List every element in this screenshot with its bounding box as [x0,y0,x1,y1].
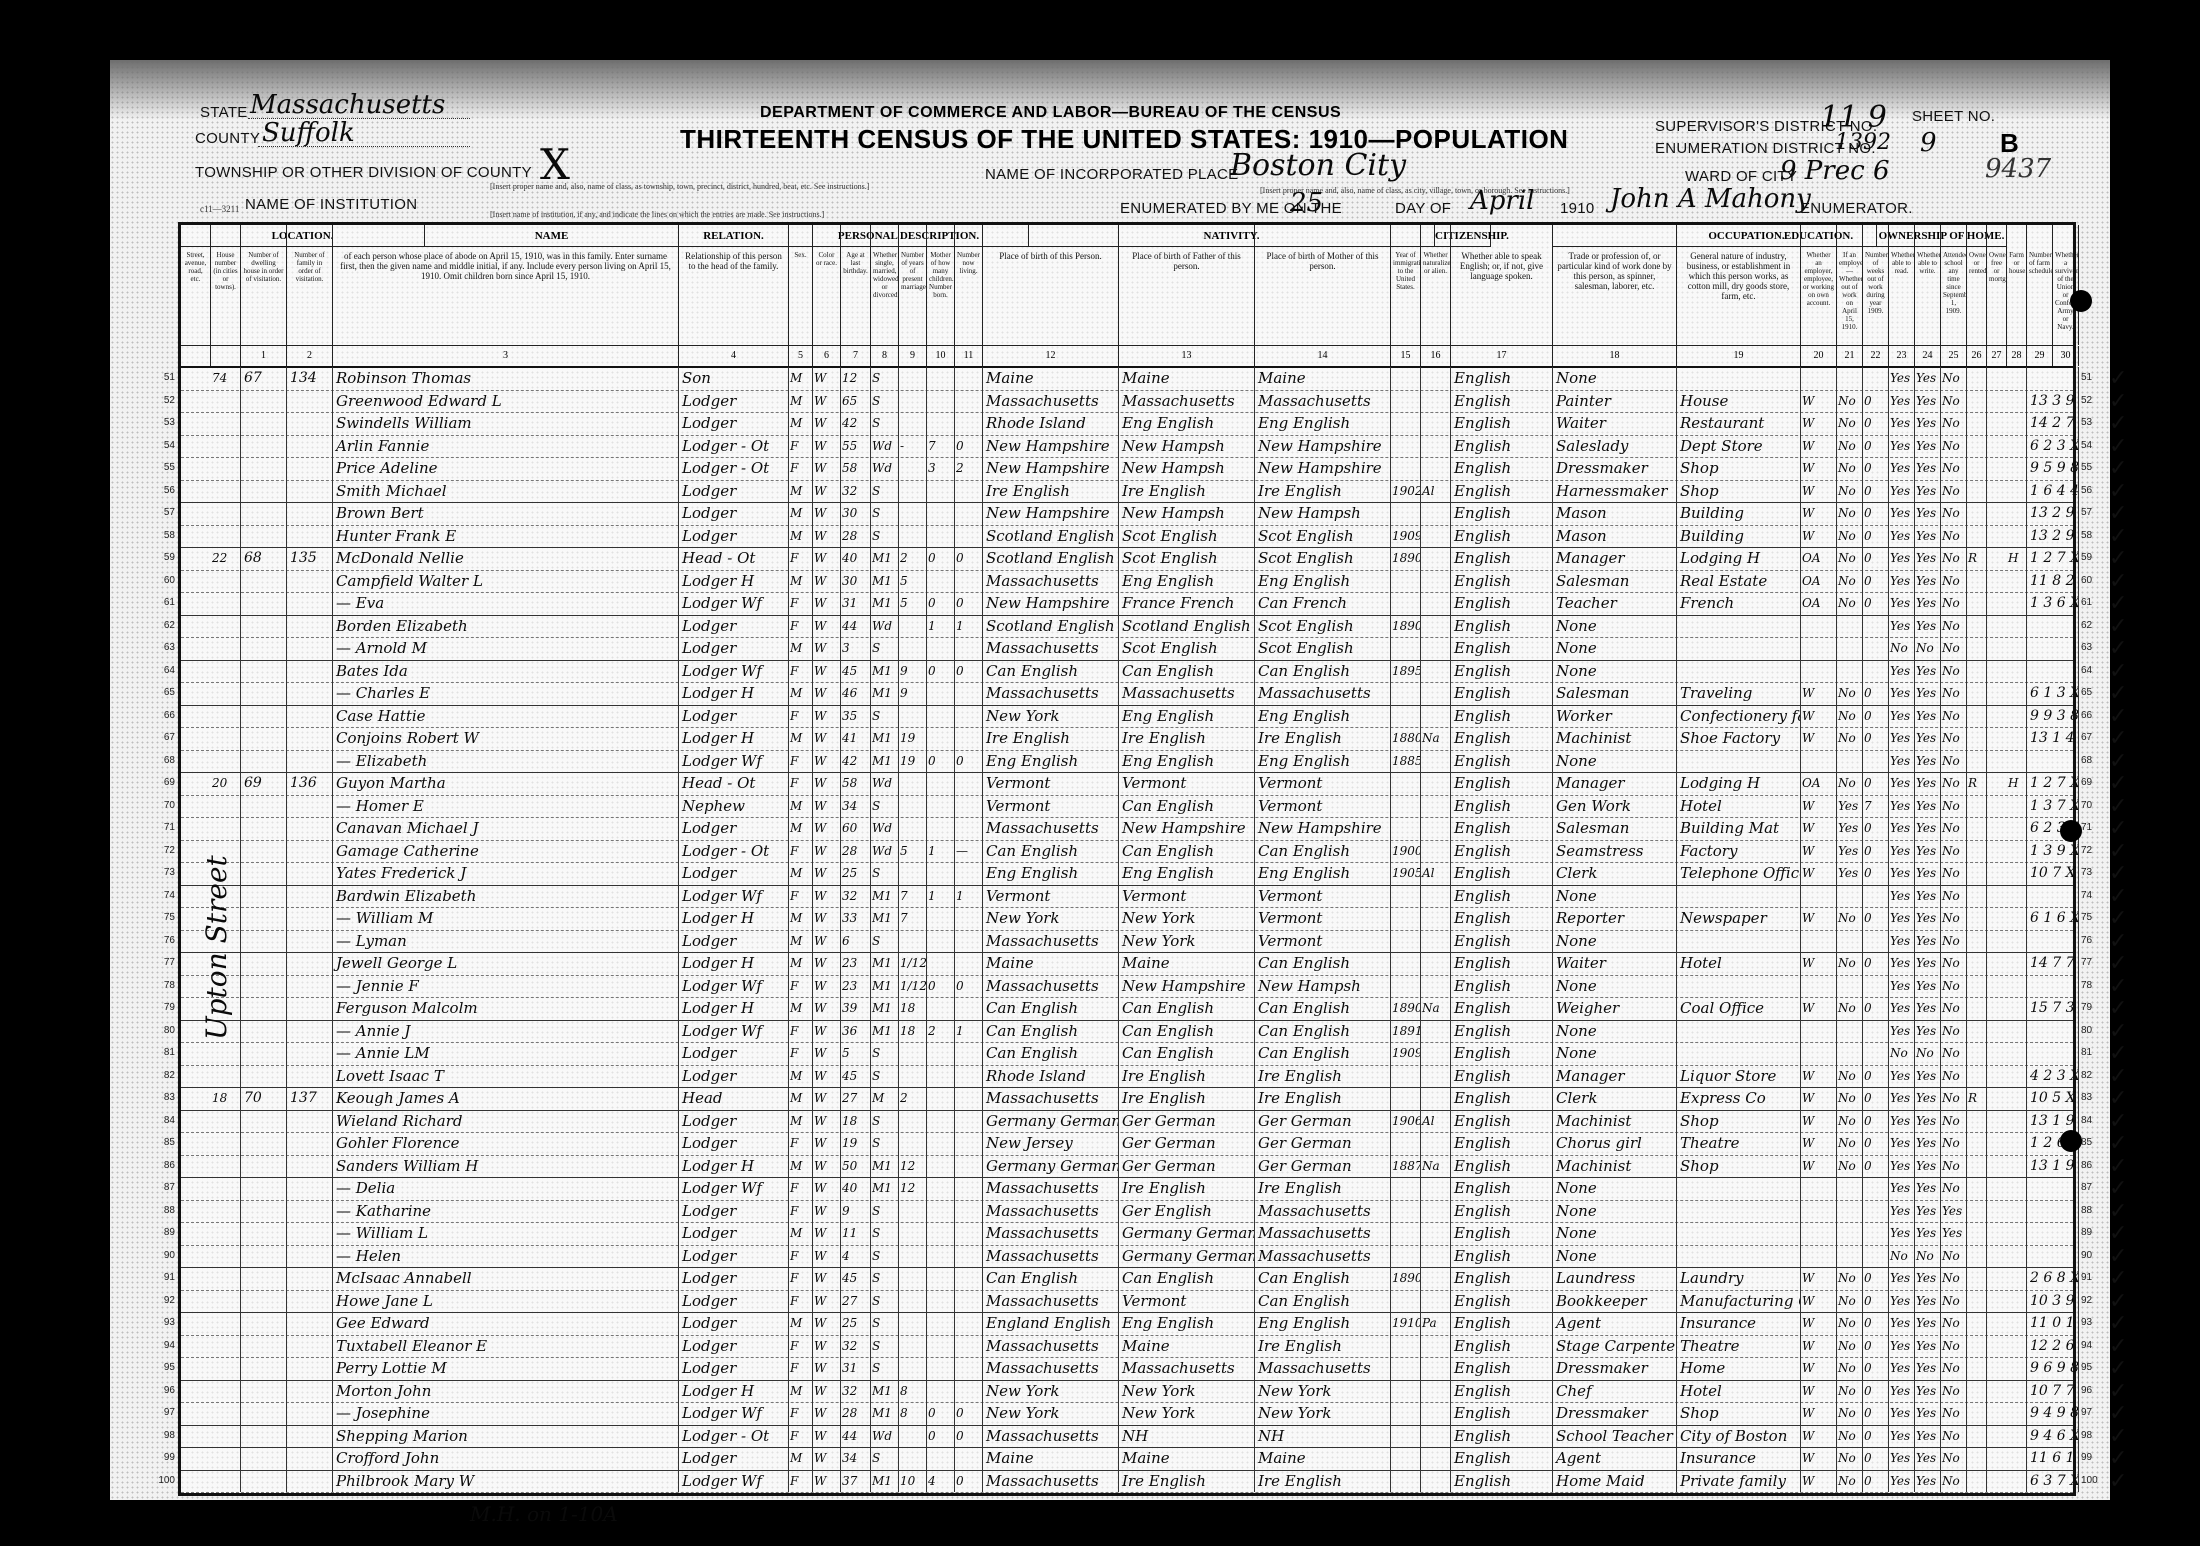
cell-mother-birth: Massachusetts [1255,1357,1391,1380]
cell-house [211,1155,241,1178]
cell-codes: 6 3 7 X [2027,1470,2079,1493]
cell-out-work [1837,1200,1863,1223]
cell-school: No [1941,1470,1967,1493]
right-line-number: 79 [2081,997,2111,1019]
cell-natz [1421,525,1451,548]
cell-occupation: Agent [1553,1447,1677,1470]
cell-race: W [813,1042,841,1065]
cell-name: Swindells William [333,412,679,435]
cell-relation: Head - Ot [679,547,789,570]
cell-read: Yes [1889,772,1915,795]
enumerated-month: April [1470,186,1534,216]
cell-immig [1391,682,1421,705]
column-header: If an employee— Whether out of work on A… [1837,225,1863,345]
cell-farm [2007,1245,2027,1268]
cell-weeks: 0 [1863,727,1889,750]
cell-farm [2007,952,2027,975]
cell-age: 5 [841,1042,871,1065]
line-number: 77 [147,952,175,974]
cell-birth: New Hampshire [983,457,1119,480]
cell-children-born [927,412,955,435]
cell-write: Yes [1915,1312,1941,1335]
cell-name: McDonald Nellie [333,547,679,570]
cell-weeks [1863,367,1889,390]
cell-yrs-married [899,412,927,435]
cell-occupation: School Teacher [1553,1425,1677,1448]
cell-father-birth: Ire English [1119,727,1255,750]
cell-family [287,390,333,413]
cell-employer: OA [1801,772,1837,795]
cell-read: Yes [1889,435,1915,458]
checkmark-icon: ✓ [2109,435,2127,457]
cell-own: R [1967,547,1987,570]
cell-language: English [1451,1290,1553,1313]
cell-occupation: Machinist [1553,1110,1677,1133]
cell-industry: Lodging H [1677,772,1801,795]
cell-farm [2007,1312,2027,1335]
cell-read: Yes [1889,1065,1915,1088]
cell-weeks: 0 [1863,705,1889,728]
right-line-number: 83 [2081,1087,2111,1109]
cell-house [211,682,241,705]
cell-industry: French [1677,592,1801,615]
census-row: 65— Charles ELodger HMW46M19Massachusett… [181,682,2073,706]
cell-employer: W [1801,952,1837,975]
cell-house: 20 [211,772,241,795]
cell-dwelling [241,1402,287,1425]
cell-language: English [1451,1380,1553,1403]
cell-farm [2007,795,2027,818]
cell-read: Yes [1889,1132,1915,1155]
cell-mother-birth: New Hampshire [1255,457,1391,480]
cell-occupation: None [1553,615,1677,638]
checkmark-icon: ✓ [2109,885,2127,907]
cell-read: Yes [1889,1312,1915,1335]
cell-father-birth: Massachusetts [1119,682,1255,705]
cell-occupation: Gen Work [1553,795,1677,818]
cell-children-born [927,1312,955,1335]
cell-weeks: 0 [1863,840,1889,863]
cell-house [211,1132,241,1155]
cell-weeks: 0 [1863,1155,1889,1178]
census-row: 78— Jennie FLodger WfFW23M11/1200Massach… [181,975,2073,999]
cell-mother-birth: Vermont [1255,885,1391,908]
cell-yrs-married: 12 [899,1155,927,1178]
cell-industry: Shoe Factory [1677,727,1801,750]
line-number: 69 [147,772,175,794]
cell-employer [1801,1177,1837,1200]
cell-children-living [955,525,983,548]
cell-children-living [955,817,983,840]
cell-natz [1421,1087,1451,1110]
column-header: Number of farm schedule. [2027,225,2053,345]
cell-house [211,795,241,818]
checkmark-icon: ✓ [2109,1267,2127,1289]
cell-dwelling [241,435,287,458]
cell-birth: Massachusetts [983,390,1119,413]
cell-house [211,637,241,660]
cell-employer [1801,637,1837,660]
cell-house [211,1200,241,1223]
cell-occupation: Chef [1553,1380,1677,1403]
cell-age: 31 [841,592,871,615]
cell-age: 55 [841,435,871,458]
cell-children-living [955,480,983,503]
cell-marital: S [871,1110,899,1133]
cell-yrs-married [899,772,927,795]
cell-out-work [1837,1042,1863,1065]
cell-name: Keough James A [333,1087,679,1110]
cell-children-born [927,502,955,525]
column-header: of each person whose place of abode on A… [333,225,679,345]
cell-employer: W [1801,1087,1837,1110]
right-line-number: 76 [2081,930,2111,952]
cell-name: — Josephine [333,1402,679,1425]
cell-school: No [1941,682,1967,705]
census-row: 517467134Robinson ThomasSonMW12SMaineMai… [181,367,2073,391]
cell-family [287,480,333,503]
cell-farm [2007,457,2027,480]
cell-children-born: 0 [927,975,955,998]
cell-children-born [927,952,955,975]
cell-read: No [1889,637,1915,660]
cell-natz [1421,750,1451,773]
column-header: Owned free or mortgaged. [1987,225,2007,345]
cell-occupation: Manager [1553,1065,1677,1088]
cell-father-birth: Eng English [1119,750,1255,773]
cell-age: 32 [841,1380,871,1403]
cell-name: Bates Ida [333,660,679,683]
enumerated-year: 1910 [1560,200,1595,217]
cell-industry: Home [1677,1357,1801,1380]
cell-industry: Building Mat [1677,817,1801,840]
cell-father-birth: New York [1119,1402,1255,1425]
cell-employer: W [1801,1312,1837,1335]
cell-father-birth: Ger German [1119,1132,1255,1155]
cell-birth: Can English [983,1042,1119,1065]
cell-children-living: 0 [955,1425,983,1448]
institution-label: Name of Institution [245,196,417,213]
cell-mother-birth: Vermont [1255,930,1391,953]
line-number: 85 [147,1132,175,1154]
line-number: 54 [147,435,175,457]
cell-natz [1421,907,1451,930]
census-row: 54Arlin FannieLodger - OtFW55Wd-70New Ha… [181,435,2073,459]
cell-family [287,637,333,660]
column-number: 7 [841,346,871,366]
cell-natz [1421,412,1451,435]
cell-codes [2027,885,2079,908]
cell-weeks: 0 [1863,547,1889,570]
cell-marital: S [871,1065,899,1088]
cell-immig [1391,502,1421,525]
cell-children-born [927,1200,955,1223]
cell-birth: Ire English [983,727,1119,750]
cell-mother-birth: Eng English [1255,750,1391,773]
cell-birth: Massachusetts [983,570,1119,593]
cell-relation: Lodger [679,1335,789,1358]
cell-mother-birth: Ire English [1255,480,1391,503]
cell-school: No [1941,817,1967,840]
cell-sex: M [789,907,813,930]
cell-out-work: No [1837,1380,1863,1403]
cell-birth: Massachusetts [983,1200,1119,1223]
right-line-number: 69 [2081,772,2111,794]
cell-write: Yes [1915,1402,1941,1425]
cell-codes: 13 3 9 8 [2027,390,2079,413]
cell-sex: M [789,412,813,435]
cell-read: Yes [1889,682,1915,705]
cell-relation: Lodger Wf [679,1402,789,1425]
cell-occupation: None [1553,1200,1677,1223]
cell-write: Yes [1915,907,1941,930]
column-number: 21 [1837,346,1863,366]
cell-industry: Theatre [1677,1132,1801,1155]
cell-house [211,1290,241,1313]
cell-industry: Shop [1677,457,1801,480]
cell-race: W [813,615,841,638]
cell-codes [2027,975,2079,998]
cell-write: Yes [1915,1155,1941,1178]
cell-out-work: No [1837,1155,1863,1178]
cell-language: English [1451,592,1553,615]
column-header: Attended school any time since September… [1941,225,1967,345]
cell-school: No [1941,705,1967,728]
right-line-number: 59 [2081,547,2111,569]
cell-relation: Lodger [679,480,789,503]
cell-farm [2007,1425,2027,1448]
cell-natz [1421,1335,1451,1358]
cell-age: 33 [841,907,871,930]
cell-children-born [927,795,955,818]
cell-family [287,705,333,728]
column-number: 1 [241,346,287,366]
cell-dwelling [241,1357,287,1380]
cell-weeks: 0 [1863,1380,1889,1403]
cell-relation: Lodger [679,1132,789,1155]
cell-language: English [1451,952,1553,975]
cell-language: English [1451,1267,1553,1290]
cell-children-living [955,1245,983,1268]
cell-marital: S [871,525,899,548]
cell-dwelling [241,1177,287,1200]
cell-weeks: 0 [1863,907,1889,930]
cell-name: — Helen [333,1245,679,1268]
binder-hole [2060,820,2082,842]
cell-family [287,570,333,593]
cell-dwelling [241,1312,287,1335]
cell-dwelling [241,795,287,818]
cell-sex: M [789,570,813,593]
cell-own [1967,975,1987,998]
county-label: County [195,130,260,147]
cell-immig: 1880 [1391,727,1421,750]
cell-occupation: None [1553,637,1677,660]
cell-school: No [1941,862,1967,885]
cell-own [1967,1132,1987,1155]
cell-sex: M [789,1155,813,1178]
cell-children-born [927,682,955,705]
column-header: Whether able to write. [1915,225,1941,345]
cell-school: No [1941,1245,1967,1268]
checkmark-icon: ✓ [2109,772,2127,794]
cell-employer: W [1801,1335,1837,1358]
cell-relation: Lodger [679,390,789,413]
cell-yrs-married [899,1200,927,1223]
cell-natz [1421,660,1451,683]
cell-language: English [1451,390,1553,413]
cell-name: — Annie LM [333,1042,679,1065]
cell-farm [2007,615,2027,638]
cell-read: Yes [1889,1222,1915,1245]
cell-read: Yes [1889,480,1915,503]
line-number: 67 [147,727,175,749]
day-of-label: day of [1395,200,1451,217]
cell-weeks: 0 [1863,570,1889,593]
cell-age: 27 [841,1290,871,1313]
cell-employer: W [1801,435,1837,458]
cell-father-birth: Eng English [1119,705,1255,728]
cell-yrs-married: 9 [899,682,927,705]
cell-relation: Lodger [679,1200,789,1223]
cell-immig: 1890 [1391,1267,1421,1290]
cell-sex: M [789,795,813,818]
cell-mother-birth: New Hampsh [1255,502,1391,525]
checkmark-icon: ✓ [2109,817,2127,839]
cell-own [1967,457,1987,480]
cell-own [1967,570,1987,593]
cell-mother-birth: Maine [1255,367,1391,390]
cell-language: English [1451,1155,1553,1178]
cell-birth: New York [983,1380,1119,1403]
cell-yrs-married [899,1245,927,1268]
cell-employer: W [1801,907,1837,930]
cell-yrs-married: 2 [899,547,927,570]
cell-industry [1677,1200,1801,1223]
cell-write: Yes [1915,727,1941,750]
cell-industry: Private family [1677,1470,1801,1493]
cell-school: No [1941,1290,1967,1313]
cell-yrs-married [899,817,927,840]
cell-dwelling [241,1380,287,1403]
cell-father-birth: Can English [1119,1020,1255,1043]
cell-industry: Insurance [1677,1312,1801,1335]
cell-birth: Rhode Island [983,1065,1119,1088]
cell-mother-birth: Vermont [1255,795,1391,818]
cell-school: No [1941,435,1967,458]
cell-yrs-married: 5 [899,570,927,593]
census-row: 77Jewell George LLodger HMW23M11/12Maine… [181,952,2073,976]
line-number: 76 [147,930,175,952]
cell-house [211,1380,241,1403]
cell-write: Yes [1915,1380,1941,1403]
cell-relation: Lodger H [679,952,789,975]
line-number: 66 [147,705,175,727]
cell-employer: W [1801,502,1837,525]
cell-read: Yes [1889,1200,1915,1223]
cell-mother-birth: Can English [1255,840,1391,863]
cell-marital: S [871,1267,899,1290]
cell-sex: M [789,1447,813,1470]
cell-farm [2007,1290,2027,1313]
cell-industry [1677,1177,1801,1200]
cell-dwelling [241,502,287,525]
institution-note: [Insert name of institution, if any, and… [490,210,824,219]
column-number: 14 [1255,346,1391,366]
checkmark-icon: ✓ [2109,1110,2127,1132]
cell-dwelling [241,1200,287,1223]
cell-write: Yes [1915,547,1941,570]
cell-name: Bardwin Elizabeth [333,885,679,908]
right-line-number: 57 [2081,502,2111,524]
cell-age: 9 [841,1200,871,1223]
cell-house [211,817,241,840]
cell-yrs-married [899,1132,927,1155]
cell-language: English [1451,1222,1553,1245]
cell-race: W [813,1065,841,1088]
cell-sex: F [789,1020,813,1043]
cell-name: Greenwood Edward L [333,390,679,413]
right-line-number: 70 [2081,795,2111,817]
cell-relation: Lodger H [679,997,789,1020]
cell-sex: F [789,615,813,638]
cell-language: English [1451,682,1553,705]
cell-immig [1391,885,1421,908]
cell-occupation: Agent [1553,1312,1677,1335]
cell-own [1967,1312,1987,1335]
cell-name: Brown Bert [333,502,679,525]
cell-language: English [1451,1447,1553,1470]
cell-family [287,885,333,908]
cell-father-birth: Maine [1119,367,1255,390]
cell-mother-birth: Massachusetts [1255,1222,1391,1245]
cell-out-work [1837,750,1863,773]
cell-weeks: 0 [1863,1470,1889,1493]
cell-read: Yes [1889,502,1915,525]
census-row: 66Case HattieLodgerFW35SNew YorkEng Engl… [181,705,2073,729]
cell-own [1967,1155,1987,1178]
cell-natz: Na [1421,727,1451,750]
column-header: Street, avenue, road, etc. [181,225,211,345]
cell-children-living [955,1042,983,1065]
census-row: 88— KatharineLodgerFW9SMassachusettsGer … [181,1200,2073,1224]
cell-read: Yes [1889,547,1915,570]
right-line-number: 68 [2081,750,2111,772]
cell-race: W [813,907,841,930]
line-number: 57 [147,502,175,524]
column-number: 18 [1553,346,1677,366]
cell-age: 30 [841,570,871,593]
cell-language: English [1451,457,1553,480]
column-header: Whether naturalized or alien. [1421,225,1451,345]
cell-codes: 10 5 X 6 [2027,1087,2079,1110]
cell-own [1967,502,1987,525]
line-number: 80 [147,1020,175,1042]
cell-age: 44 [841,615,871,638]
line-number: 51 [147,367,175,389]
cell-children-born [927,1132,955,1155]
cell-marital: S [871,367,899,390]
right-line-number: 91 [2081,1267,2111,1289]
cell-children-born: 0 [927,547,955,570]
census-row: 92Howe Jane LLodgerFW27SMassachusettsVer… [181,1290,2073,1314]
cell-sex: F [789,1335,813,1358]
cell-children-born: 0 [927,592,955,615]
cell-natz [1421,885,1451,908]
cell-age: 46 [841,682,871,705]
cell-weeks: 7 [1863,795,1889,818]
cell-write: Yes [1915,862,1941,885]
